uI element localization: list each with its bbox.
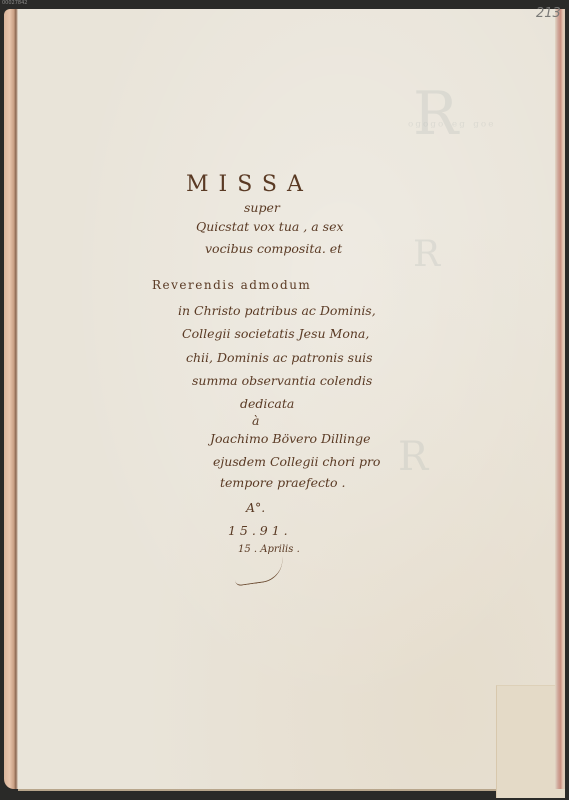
inscription-line: super bbox=[244, 200, 280, 215]
inscription-line: vocibus composita. et bbox=[205, 241, 342, 256]
inscription-line: summa observantia colendis bbox=[192, 373, 372, 388]
inscription-line: ejusdem Collegii chori pro bbox=[213, 454, 380, 469]
title-inscription: MISSA super Quicstat vox tua , a sex voc… bbox=[0, 0, 569, 800]
inscription-line: Reverendis admodum bbox=[152, 278, 311, 292]
scan-label: 00027842 bbox=[2, 0, 27, 6]
inscription-line: dedicata bbox=[240, 396, 294, 411]
inscription-line: tempore praefecto . bbox=[220, 475, 346, 490]
inscription-line: 1 5 . 9 1 . bbox=[228, 523, 288, 538]
inscription-line: à bbox=[252, 413, 259, 428]
inscription-line: Collegii societatis Jesu Mona, bbox=[182, 326, 369, 341]
title-missa: MISSA bbox=[186, 172, 313, 197]
inscription-line: A°. bbox=[246, 500, 265, 515]
signature-flourish bbox=[233, 557, 286, 587]
inscription-date: 15 . Aprilis . bbox=[238, 544, 300, 555]
inscription-line: Quicstat vox tua , a sex bbox=[196, 219, 344, 234]
inscription-line: Joachimo Bövero Dillinge bbox=[210, 431, 371, 446]
inscription-line: in Christo patribus ac Dominis, bbox=[178, 303, 376, 318]
inscription-line: chii, Dominis ac patronis suis bbox=[186, 350, 373, 365]
